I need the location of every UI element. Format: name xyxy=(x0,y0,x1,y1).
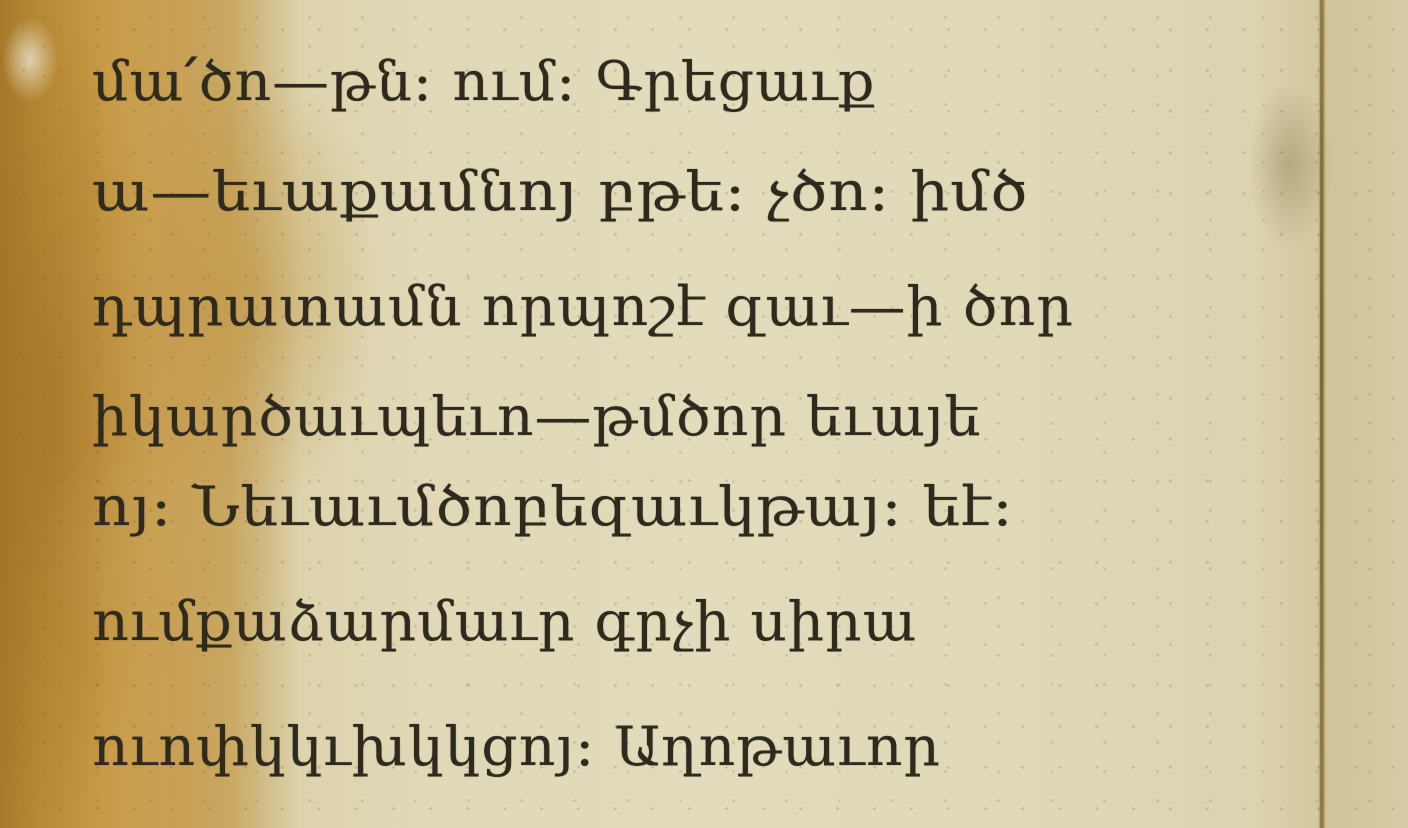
manuscript-photo: մա՛ծո—թն։ ում։ Գրեցաւք ա—եւաքամնոյ բթե։ … xyxy=(0,0,1408,828)
manuscript-line-6: ումքաձարմաւր գրչի սիրա xyxy=(92,590,917,653)
manuscript-line-7: ուոփկկւխկկցոյ։ Աղոթաւոր xyxy=(92,715,941,778)
manuscript-line-5: ոյ։ Նեւաւմծոբեզաւկթայ։ եէ։ xyxy=(92,475,1014,538)
page-edge xyxy=(1320,0,1323,828)
manuscript-line-1: մա՛ծո—թն։ ում։ Գրեցաւք xyxy=(92,50,876,113)
manuscript-line-2: ա—եւաքամնոյ բթե։ չծո։ իմծ xyxy=(92,160,1029,223)
manuscript-line-4: իկարծաւպեւո—թմծոր եւայե xyxy=(92,385,981,448)
manuscript-line-3: դպրատամն որպոշէ զաւ—ի ծոր xyxy=(92,275,1074,338)
